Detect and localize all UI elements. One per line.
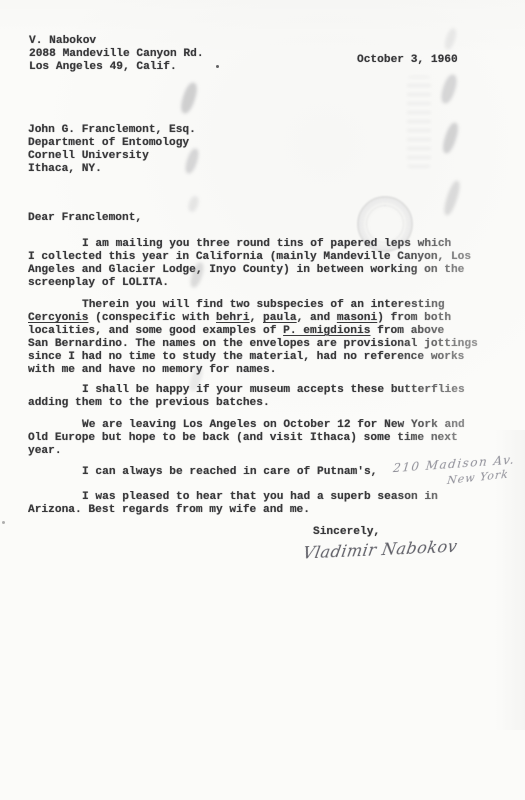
embossed-stamp-artifact: [357, 196, 413, 252]
text-line: I collected this year in California (mai…: [28, 251, 525, 264]
closing: Sincerely,: [313, 526, 380, 539]
address-line: Department of Entomology: [28, 137, 196, 150]
sender-address: V. Nabokov2088 Mandeville Canyon Rd.Los …: [29, 35, 204, 74]
salutation: Dear Franclemont,: [28, 212, 142, 225]
text-line: localities, and some good examples of P.…: [28, 325, 525, 338]
text-line: year.: [28, 445, 525, 458]
letter-page: V. Nabokov2088 Mandeville Canyon Rd.Los …: [0, 0, 525, 800]
text-line: Therein you will find two subspecies of …: [28, 299, 525, 312]
text-line: I shall be happy if your museum accepts …: [28, 384, 525, 397]
paragraph-2: Therein you will find two subspecies of …: [28, 299, 525, 376]
scan-streak-artifact: [440, 121, 460, 155]
signature: Vladimir Nabokov: [301, 537, 458, 563]
text-line: I was pleased to hear that you had a sup…: [28, 491, 525, 504]
stray-dot-artifact: [216, 65, 219, 68]
text-line: San Bernardino. The names on the envelop…: [28, 338, 525, 351]
paragraph-1: I am mailing you three round tins of pap…: [28, 238, 525, 290]
scan-shading-artifact: [495, 430, 525, 730]
scan-streak-artifact: [439, 73, 460, 105]
stray-dot-artifact: [2, 521, 5, 524]
paragraph-4: We are leaving Los Angeles on October 12…: [28, 419, 525, 458]
address-line: 2088 Mandeville Canyon Rd.: [29, 48, 204, 61]
text-line: Angeles and Glacier Lodge, Inyo County) …: [28, 264, 525, 277]
text-line: with me and have no memory for names.: [28, 364, 525, 377]
text-line: since I had no time to study the materia…: [28, 351, 525, 364]
text-line: adding them to the previous batches.: [28, 397, 525, 410]
scan-streak-artifact: [178, 81, 199, 115]
paragraph-6: I was pleased to hear that you had a sup…: [28, 491, 525, 517]
address-line: John G. Franclemont, Esq.: [28, 124, 196, 137]
text-line: We are leaving Los Angeles on October 12…: [28, 419, 525, 432]
scan-streak-artifact: [443, 27, 458, 51]
paragraph-3: I shall be happy if your museum accepts …: [28, 384, 525, 410]
date-line: October 3, 1960: [357, 54, 458, 67]
address-line: Los Angeles 49, Calif.: [29, 61, 204, 74]
address-line: Cornell University: [28, 150, 196, 163]
scan-streak-artifact: [442, 179, 463, 216]
address-line: Ithaca, NY.: [28, 163, 196, 176]
scan-streak-artifact: [187, 195, 201, 213]
text-line: Arizona. Best regards from my wife and m…: [28, 504, 525, 517]
text-line: Old Europe but hope to be back (and visi…: [28, 432, 525, 445]
address-line: V. Nabokov: [29, 35, 204, 48]
text-line: Cercyonis (conspecific with behri, paula…: [28, 312, 525, 325]
text-line: I am mailing you three round tins of pap…: [28, 238, 525, 251]
recipient-address: John G. Franclemont, Esq.Department of E…: [28, 124, 196, 176]
ghost-ink-transfer-artifact: [407, 76, 431, 168]
text-line: screenplay of LOLITA.: [28, 277, 525, 290]
